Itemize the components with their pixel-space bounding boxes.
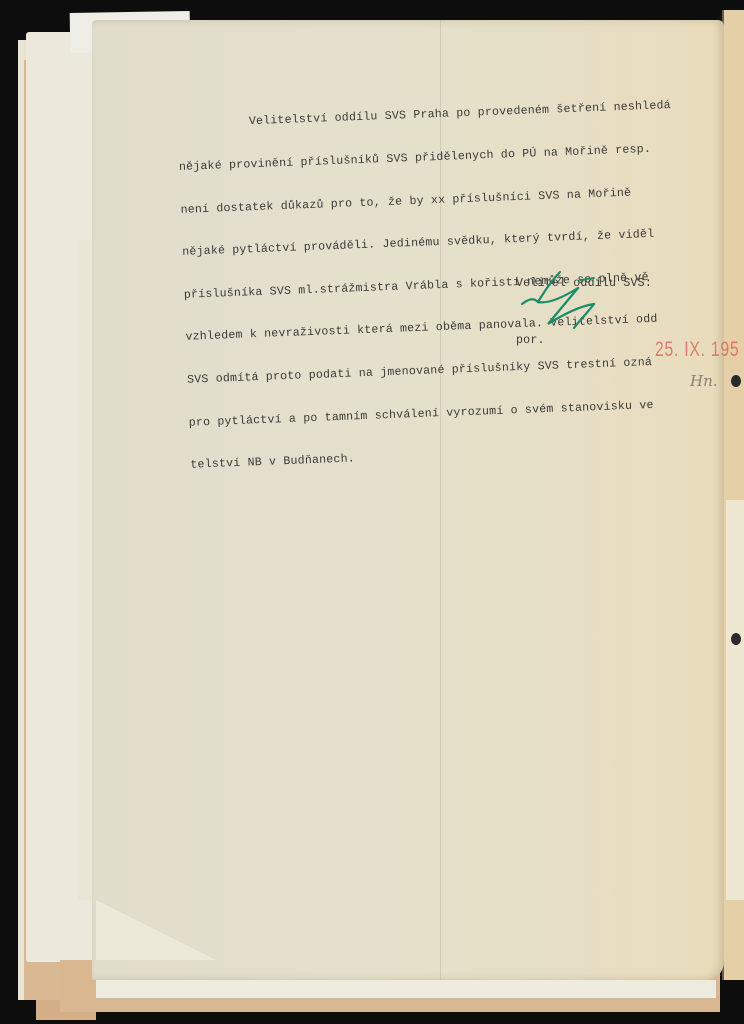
body-line: telství NB v Budňanech. — [190, 440, 684, 473]
body-line: Velitelství oddílu SVS Praha po proveden… — [177, 99, 671, 132]
sheet-bottom-edge — [96, 980, 716, 998]
date-stamp: 25. IX. 195 — [655, 338, 739, 362]
handwritten-initials: Hn. — [690, 372, 718, 390]
handwritten-signature-icon — [518, 268, 628, 338]
sheet-strip — [78, 240, 92, 900]
punch-hole-icon — [731, 633, 741, 645]
body-line: nějaké provinění příslušníků SVS přiděle… — [179, 142, 673, 175]
right-facing-page-light — [726, 500, 744, 900]
punch-hole-icon — [731, 375, 741, 387]
folded-corner — [96, 900, 216, 960]
body-line: není dostatek důkazů pro to, že by xx př… — [180, 185, 674, 218]
body-line: pro pytláctví a po tamním schválení vyro… — [189, 397, 683, 430]
